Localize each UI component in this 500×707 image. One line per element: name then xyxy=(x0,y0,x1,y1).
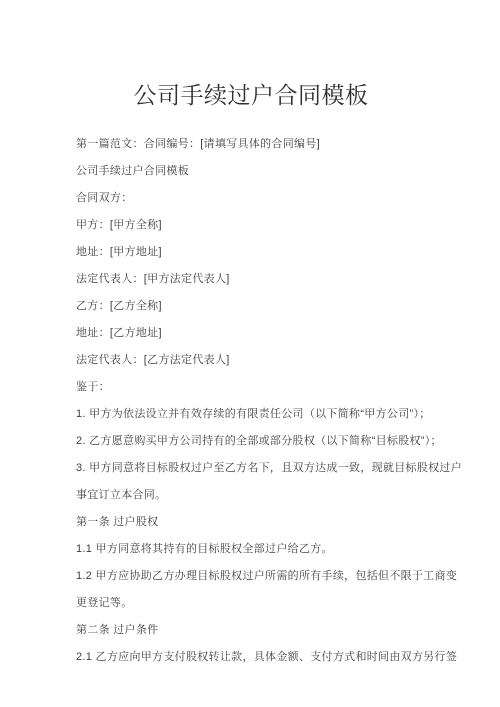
document-line: 法定代表人：[乙方法定代表人] xyxy=(76,348,426,372)
document-line: 事宜订立本合同。 xyxy=(76,483,426,507)
document-line: 1.1 甲方同意将其持有的目标股权全部过户给乙方。 xyxy=(76,537,426,561)
document-line: 3. 甲方同意将目标股权过户至乙方名下，且双方达成一致，现就目标股权过户 xyxy=(76,456,426,480)
document-line: 鉴于： xyxy=(76,375,426,399)
document-line: 1.2 甲方应协助乙方办理目标股权过户所需的所有手续，包括但不限于工商变 xyxy=(76,564,426,588)
document-body: 第一篇范文：合同编号：[请填写具体的合同编号]公司手续过户合同模板合同双方：甲方… xyxy=(76,132,426,669)
document-line: 甲方：[甲方全称] xyxy=(76,213,426,237)
document-line: 更登记等。 xyxy=(76,591,426,615)
document-line: 公司手续过户合同模板 xyxy=(76,159,426,183)
document-line: 合同双方： xyxy=(76,186,426,210)
document-page: 公司手续过户合同模板 第一篇范文：合同编号：[请填写具体的合同编号]公司手续过户… xyxy=(0,0,500,707)
document-line: 2. 乙方愿意购买甲方公司持有的全部或部分股权（以下简称“目标股权”）； xyxy=(76,429,426,453)
document-line: 地址：[乙方地址] xyxy=(76,321,426,345)
document-line: 第一条 过户股权 xyxy=(76,510,426,534)
document-line: 地址：[甲方地址] xyxy=(76,240,426,264)
document-title: 公司手续过户合同模板 xyxy=(76,80,426,110)
document-line: 2.1 乙方应向甲方支付股权转让款，具体金额、支付方式和时间由双方另行签 xyxy=(76,645,426,669)
document-line: 第二条 过户条件 xyxy=(76,618,426,642)
document-line: 乙方：[乙方全称] xyxy=(76,294,426,318)
document-line: 1. 甲方为依法设立并有效存续的有限责任公司（以下简称“甲方公司”）； xyxy=(76,402,426,426)
document-line: 法定代表人：[甲方法定代表人] xyxy=(76,267,426,291)
document-line: 第一篇范文：合同编号：[请填写具体的合同编号] xyxy=(76,132,426,156)
